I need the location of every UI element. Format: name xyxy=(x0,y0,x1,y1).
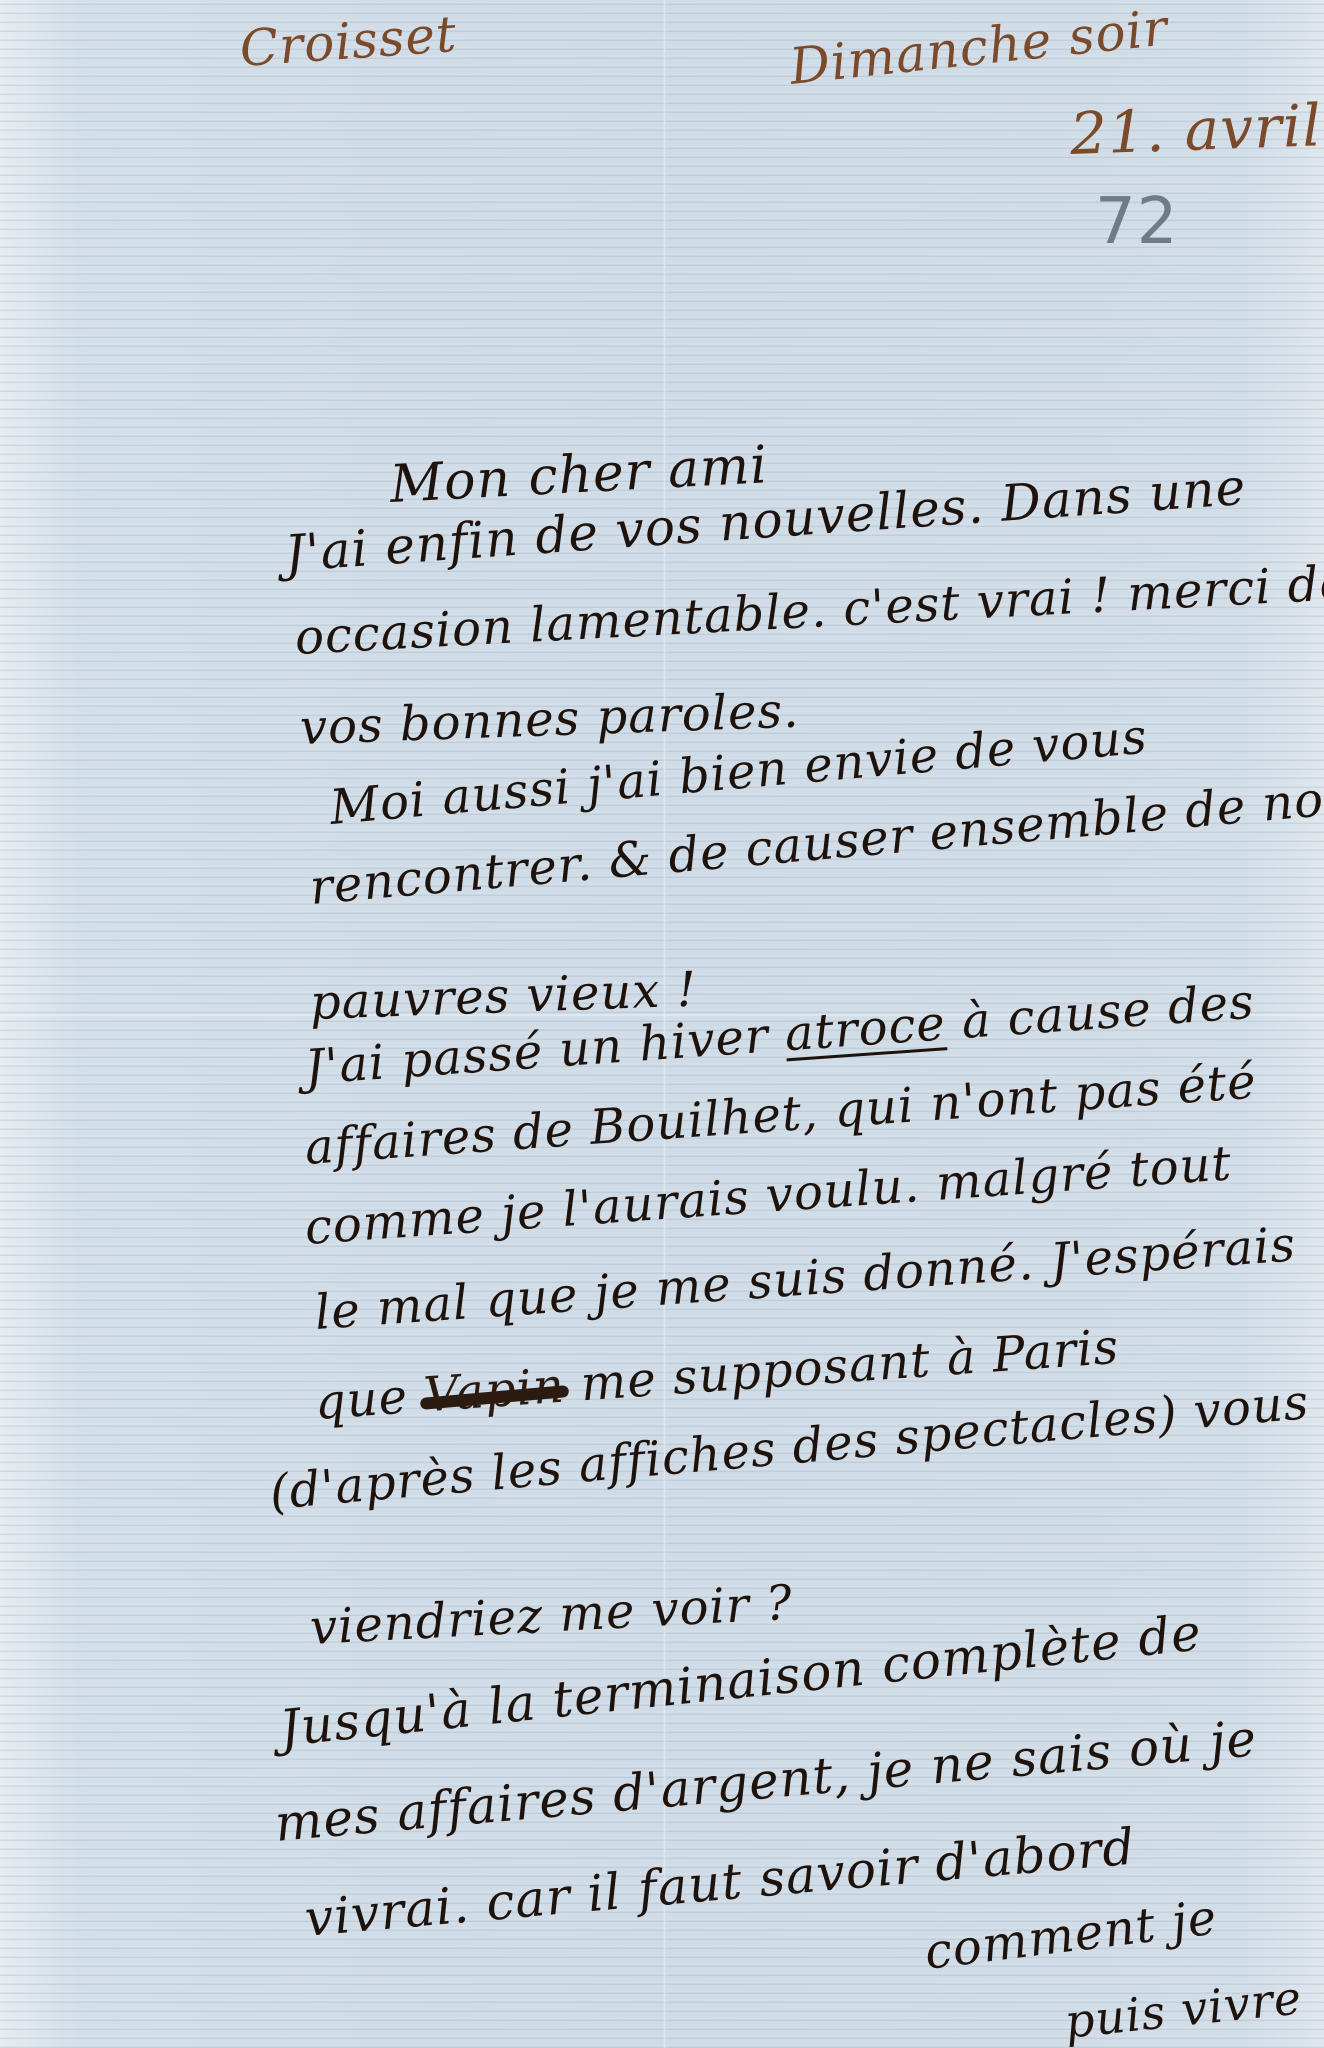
struck-out-word: Vapin xyxy=(422,1358,566,1424)
body-line: comment je xyxy=(922,1889,1221,1980)
body-text: que xyxy=(313,1369,410,1431)
dateline-date: 21. avril. xyxy=(1069,91,1324,168)
body-line: puis vivre xyxy=(1062,1970,1304,2048)
recipient-annotation: Croisset xyxy=(238,5,459,78)
body-text: à cause des xyxy=(960,974,1257,1050)
pencil-year: 72 xyxy=(1095,185,1178,259)
body-line: viendriez me voir ? xyxy=(309,1575,795,1656)
dateline-day: Dimanche soir xyxy=(787,0,1171,96)
letter-page: Croisset Dimanche soir 21. avril. 72 Mon… xyxy=(0,0,1324,2048)
underlined-word: atroce xyxy=(783,995,948,1062)
